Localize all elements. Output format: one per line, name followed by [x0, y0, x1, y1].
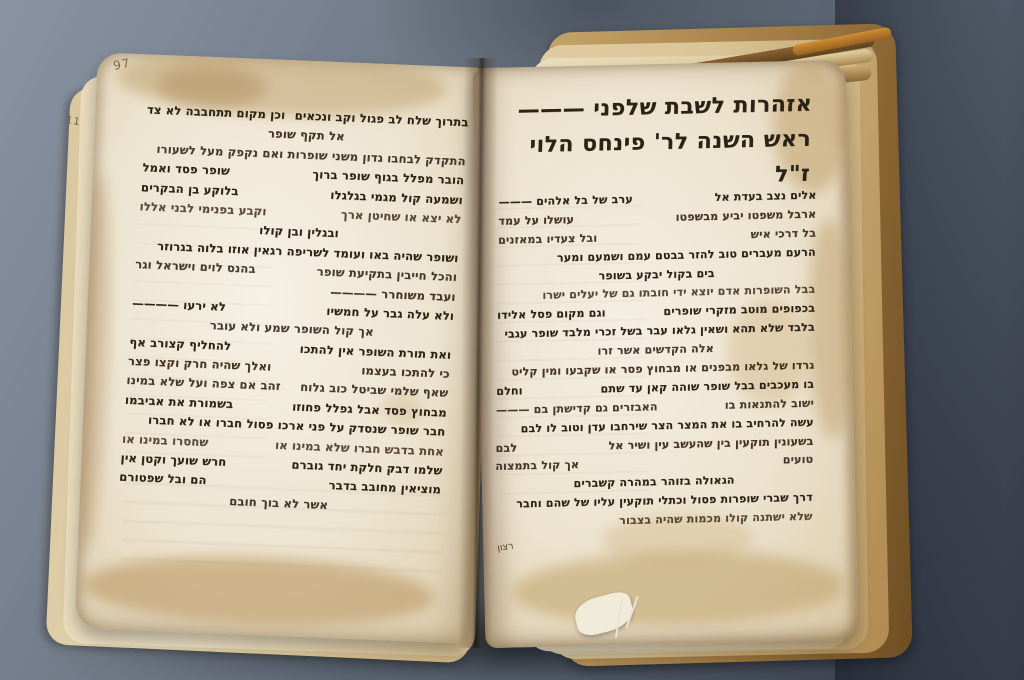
hemistich-left: לבם [495, 441, 517, 460]
hemistich-right: בל דרכי איש [751, 226, 817, 246]
left-page-text: בתרוך שלח לב פגול וקב ונכאיםוכן מקום תתח… [114, 102, 469, 554]
hemistich-right: טועים [783, 453, 814, 473]
right-page-text: אלים נצב בעדת אלערב של בל אלהים ———ארבל … [494, 189, 816, 556]
hemistich-left: ערב של בל אלהים ——— [498, 193, 632, 215]
right-page: אזהרות לשבת שלפני ——— ראש השנה לר' פינחס… [472, 60, 858, 648]
under-page-number: 11 [65, 115, 81, 128]
title-line-2: ראש השנה לר' פינחס הלוי ז"ל [490, 122, 812, 199]
manuscript-photo-scene: 11 97 בתרוך שלח לב פגול וקב ונכאיםוכן מק… [0, 0, 1024, 680]
left-page: 97 בתרוך שלח לב פגול וקב ונכאיםוכן מקום … [75, 52, 490, 643]
hemistich-left: וגם מקום פסל אלידו [497, 307, 606, 328]
book-gutter [458, 58, 498, 648]
hemistich-left: וחלם [496, 384, 523, 404]
page-title: אזהרות לשבת שלפני ——— ראש השנה לר' פינחס… [490, 87, 813, 199]
hemistich-right: אלים נצב בעדת אל [715, 189, 817, 210]
hemistich-left: האבזרים גם קדישתן בם ——— [496, 400, 658, 423]
hemistich-left: אך קול בתמצוה [495, 458, 579, 479]
catchword: רצון [497, 541, 515, 554]
hemistich-right: ישוב להתנאות בו [725, 396, 814, 417]
hemistich-left [133, 277, 134, 296]
hemistich-left: שחסרו במינו או [121, 431, 209, 454]
hemistich-left: עושלו על עמד [498, 213, 574, 234]
hemistich-left: ובל צעדיו במאזנים [498, 231, 597, 252]
